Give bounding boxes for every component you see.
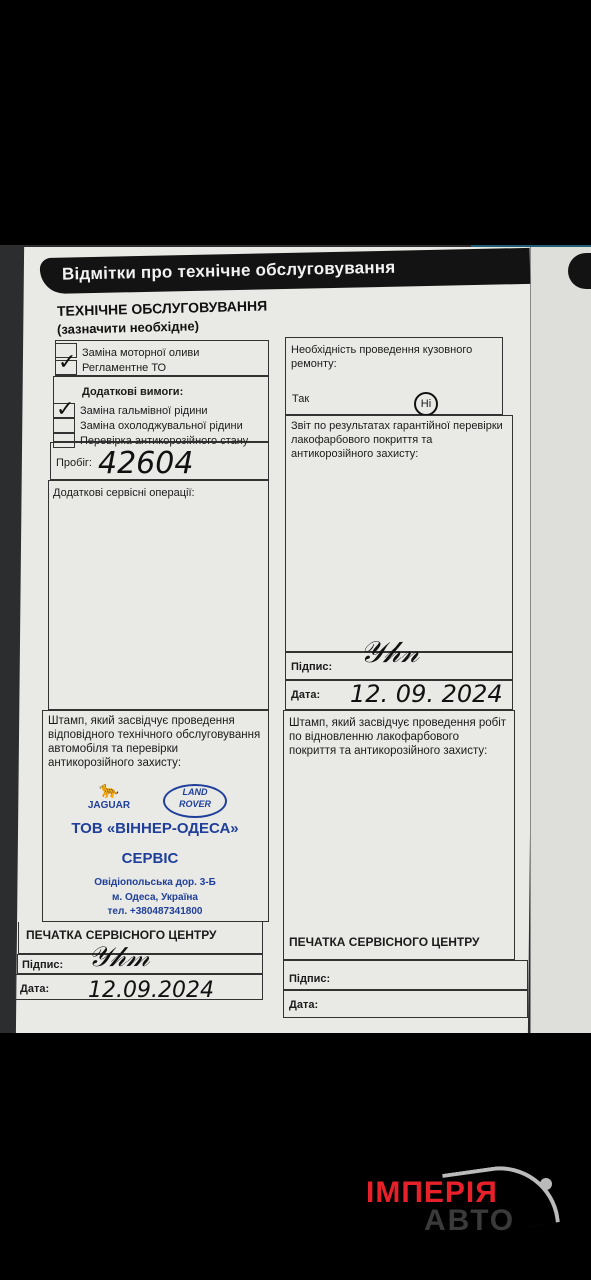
additional-heading: Додаткові вимоги: <box>82 385 183 399</box>
stamp-phone: тел. +380487341800 <box>60 906 250 917</box>
signature-label-right-2: Підпис: <box>289 972 330 986</box>
checkmark-icon: ✓ <box>58 349 76 375</box>
page-header-title: Відмітки про технічне обслуговування <box>62 258 396 285</box>
paint-report-label: Звіт по результатах гарантійної перевірк… <box>291 419 506 461</box>
logo-dot-icon <box>540 1178 552 1190</box>
stamp-address-2: м. Одеса, Україна <box>60 892 250 903</box>
imperia-avto-logo: ІМПЕРІЯ АВТО <box>366 1162 556 1242</box>
date-value: 12.09.2024 <box>88 978 214 1003</box>
date-box-right-2 <box>283 990 528 1018</box>
signature-label-right: Підпис: <box>291 660 332 674</box>
checklist-item-oil: Заміна моторної оливи <box>82 346 199 360</box>
extra-operations-box <box>48 480 269 710</box>
checkmark-icon: ✓ <box>56 396 74 422</box>
mileage-value: 42604 <box>98 446 193 481</box>
signature-scribble-right: 𝒴𝒽𝓃 <box>360 635 419 670</box>
logo-text-avto: АВТО <box>424 1204 515 1238</box>
stamp-address-1: Овідіопольська дор. 3-Б <box>60 877 250 888</box>
checklist-item-scheduled-to: Регламентне ТО <box>82 361 166 375</box>
body-repair-label: Необхідність проведення кузовного ремонт… <box>291 343 491 371</box>
signature-scribble: 𝒴𝒽𝓂 <box>88 940 150 974</box>
extra-operations-label: Додаткові сервісні операції: <box>53 486 195 500</box>
seal-label-right: ПЕЧАТКА СЕРВІСНОГО ЦЕНТРУ <box>289 935 480 949</box>
land-rover-logo: LAND ROVER <box>163 784 227 818</box>
date-label: Дата: <box>20 982 49 996</box>
checklist-item-coolant: Заміна охолоджувальної рідини <box>80 419 243 433</box>
option-no-circled[interactable]: Ні <box>414 392 438 416</box>
mileage-label: Пробіг: <box>56 456 92 470</box>
checklist-item-brake-fluid: Заміна гальмівної рідини <box>80 404 208 418</box>
signature-label: Підпис: <box>22 958 63 972</box>
jaguar-logo: 🐆 JAGUAR <box>74 780 144 811</box>
stamp-caption: Штамп, який засвідчує проведення відпові… <box>48 714 263 770</box>
date-label-right: Дата: <box>291 688 320 702</box>
stamp-caption-right: Штамп, який засвідчує проведення робіт п… <box>289 716 509 758</box>
stamp-dept: СЕРВІС <box>50 850 250 867</box>
stamp-company: ТОВ «ВІННЕР-ОДЕСА» <box>50 820 260 837</box>
jaguar-leaper-icon: 🐆 <box>74 780 144 800</box>
option-yes[interactable]: Так <box>292 392 309 406</box>
date-value-right: 12. 09. 2024 <box>350 680 503 708</box>
date-label-right-2: Дата: <box>289 998 318 1012</box>
next-page-edge <box>530 247 591 1033</box>
